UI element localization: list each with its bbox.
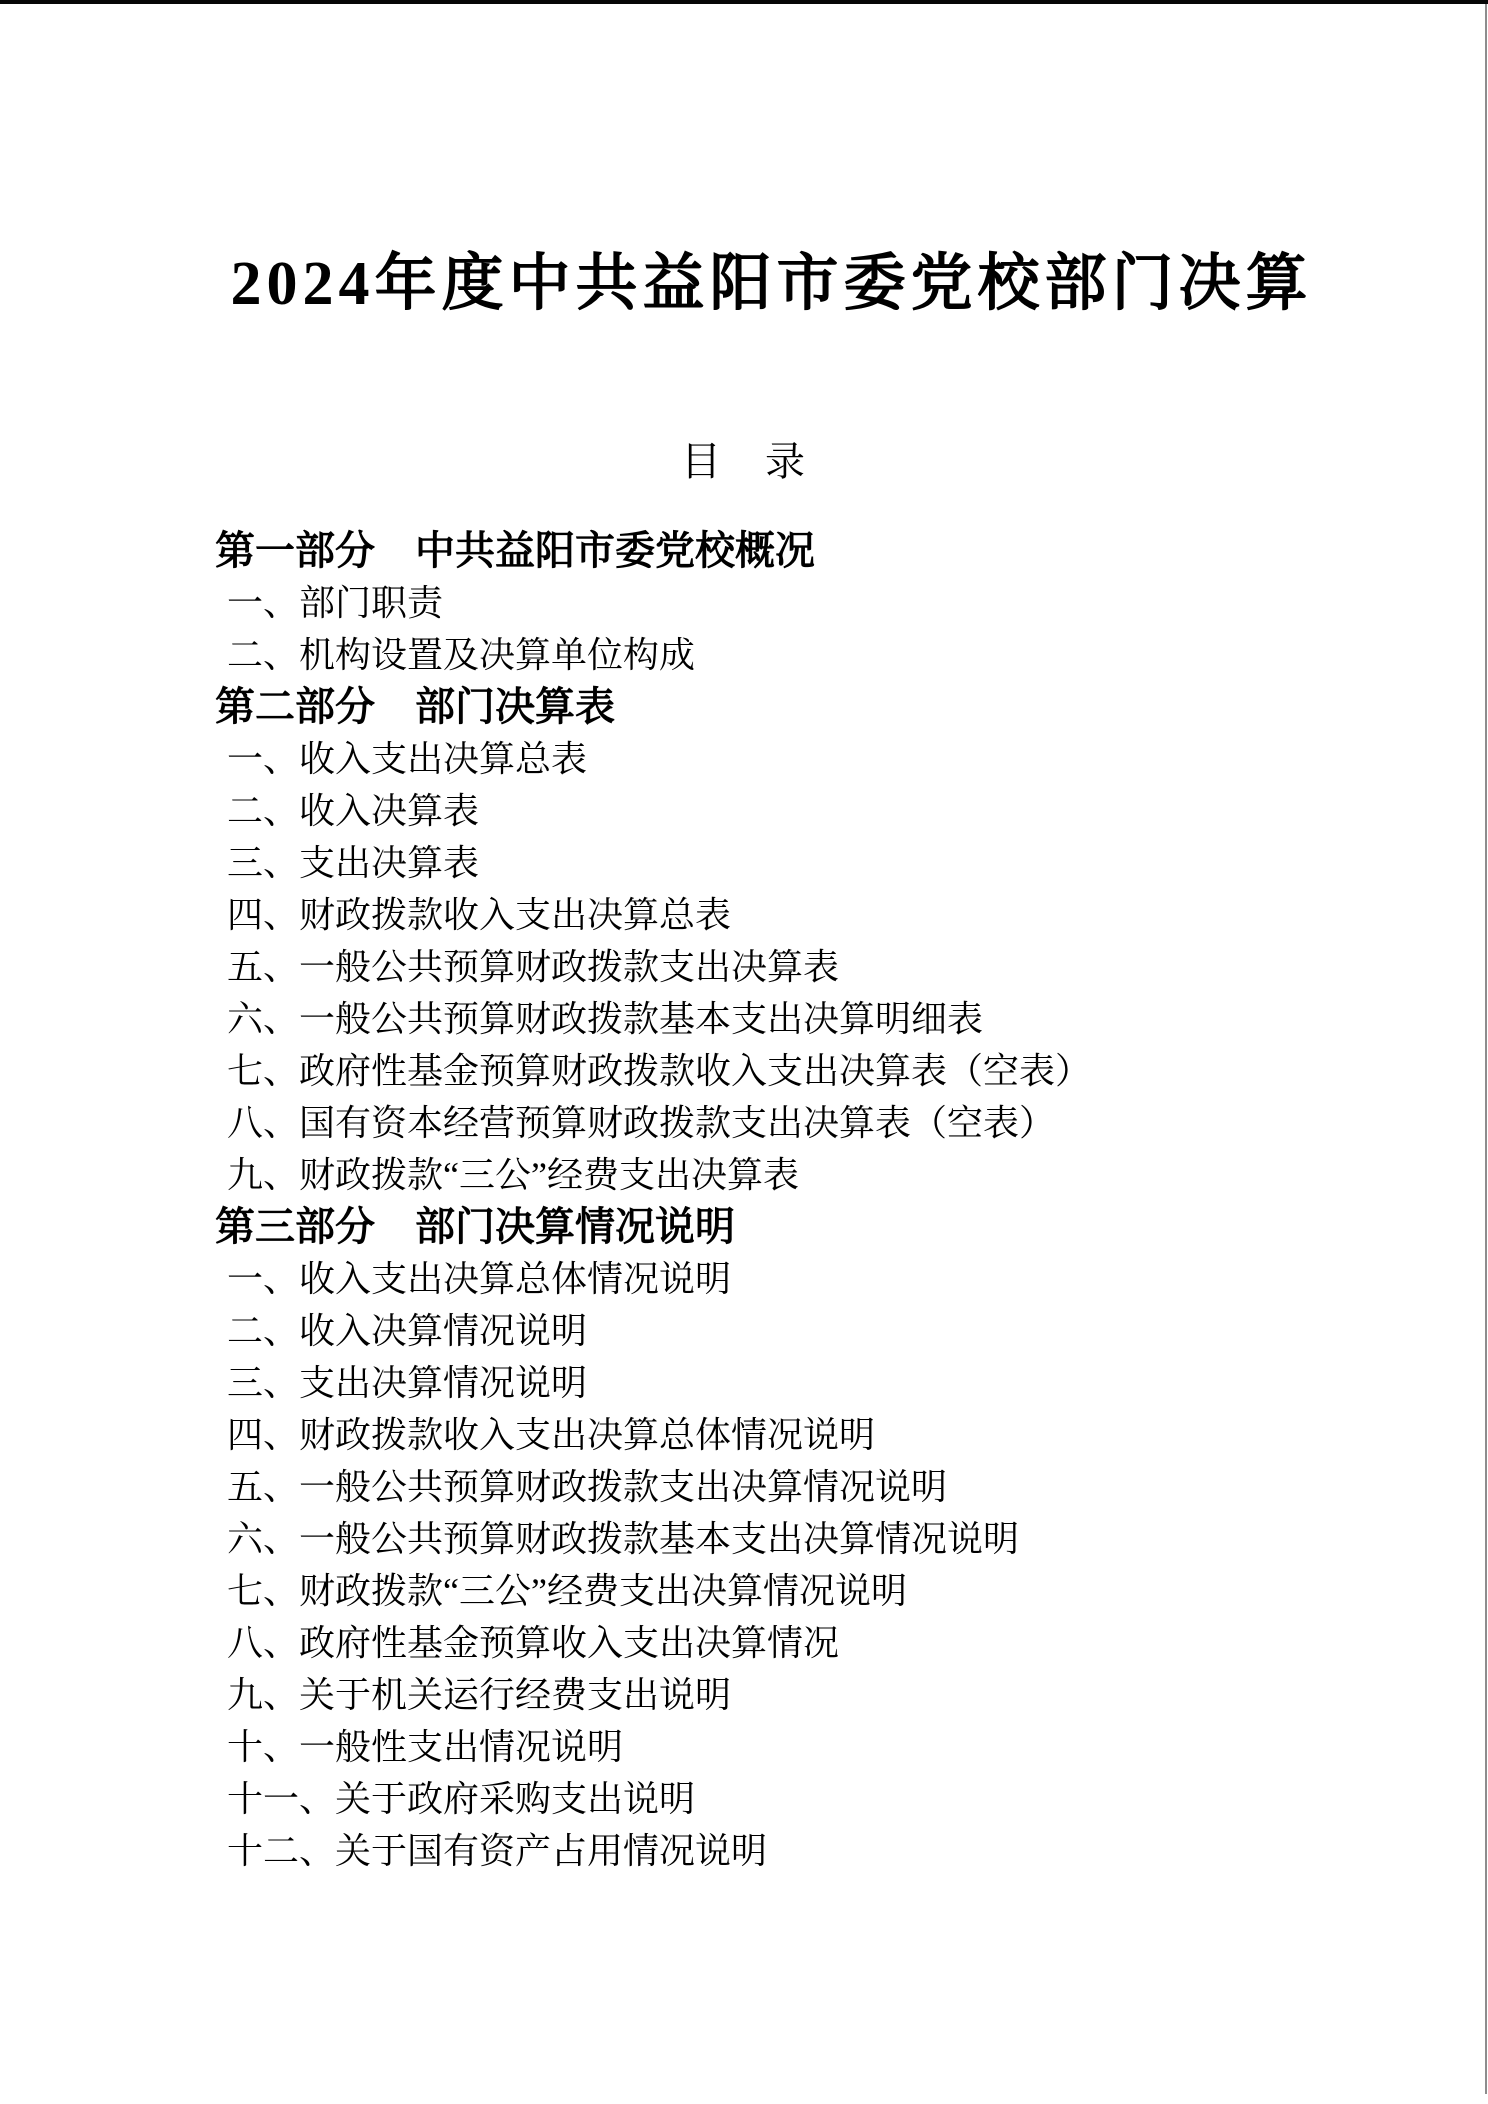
toc-item: 二、机构设置及决算单位构成 (0, 629, 1488, 681)
toc-item: 五、一般公共预算财政拨款支出决算表 (0, 941, 1488, 993)
toc-heading: 目 录 (0, 434, 1488, 490)
toc-item: 二、收入决算情况说明 (0, 1305, 1488, 1357)
toc-item: 六、一般公共预算财政拨款基本支出决算明细表 (0, 993, 1488, 1045)
toc-item: 三、支出决算情况说明 (0, 1357, 1488, 1409)
toc-section-header: 第三部分 部门决算情况说明 (0, 1201, 1488, 1253)
toc-item: 十二、关于国有资产占用情况说明 (0, 1825, 1488, 1877)
toc-item: 六、一般公共预算财政拨款基本支出决算情况说明 (0, 1513, 1488, 1565)
toc-item: 八、政府性基金预算收入支出决算情况 (0, 1617, 1488, 1669)
toc-item: 七、财政拨款“三公”经费支出决算情况说明 (0, 1565, 1488, 1617)
document-page: 2024年度中共益阳市委党校部门决算 目 录 第一部分 中共益阳市委党校概况一、… (0, 0, 1488, 2104)
toc-item: 十一、关于政府采购支出说明 (0, 1773, 1488, 1825)
toc-item: 一、收入支出决算总表 (0, 733, 1488, 785)
toc-item: 一、部门职责 (0, 577, 1488, 629)
toc-item: 五、一般公共预算财政拨款支出决算情况说明 (0, 1461, 1488, 1513)
toc-section-header: 第二部分 部门决算表 (0, 681, 1488, 733)
scan-border-right (1485, 4, 1487, 2094)
toc-item: 七、政府性基金预算财政拨款收入支出决算表（空表） (0, 1045, 1488, 1097)
document-title: 2024年度中共益阳市委党校部门决算 (0, 0, 1488, 322)
toc-item: 八、国有资本经营预算财政拨款支出决算表（空表） (0, 1097, 1488, 1149)
toc-section-header: 第一部分 中共益阳市委党校概况 (0, 525, 1488, 577)
toc-item: 一、收入支出决算总体情况说明 (0, 1253, 1488, 1305)
toc-item: 九、财政拨款“三公”经费支出决算表 (0, 1149, 1488, 1201)
toc-item: 三、支出决算表 (0, 837, 1488, 889)
toc-item: 十、一般性支出情况说明 (0, 1721, 1488, 1773)
toc-item: 四、财政拨款收入支出决算总表 (0, 889, 1488, 941)
toc-item: 四、财政拨款收入支出决算总体情况说明 (0, 1409, 1488, 1461)
scan-border-top (0, 0, 1488, 4)
toc: 第一部分 中共益阳市委党校概况一、部门职责二、机构设置及决算单位构成第二部分 部… (0, 525, 1488, 1877)
toc-item: 九、关于机关运行经费支出说明 (0, 1669, 1488, 1721)
toc-item: 二、收入决算表 (0, 785, 1488, 837)
